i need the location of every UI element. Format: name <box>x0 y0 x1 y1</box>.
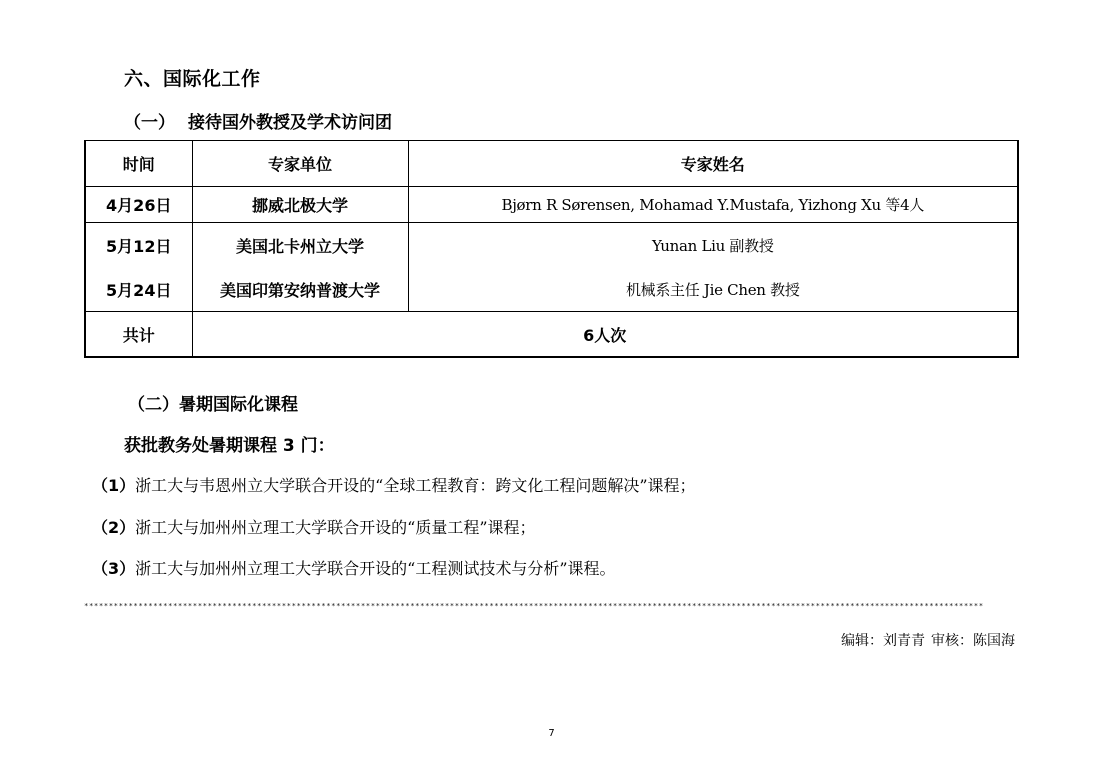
total-label: 共计 <box>85 312 192 358</box>
visits-subtitle-text: 接待国外教授及学术访问团 <box>188 113 392 133</box>
course-index: （3） <box>92 559 135 578</box>
course-index: （2） <box>92 518 135 537</box>
course-text: 浙工大与加州州立理工大学联合开设的“工程测试技术与分析”课程。 <box>135 559 615 578</box>
header-experts: 专家姓名 <box>408 141 1018 187</box>
table-row: 5月12日 美国北卡州立大学 Yunan Liu 副教授 <box>85 223 1018 268</box>
credits: 编辑：刘青青审核：陈国海 <box>841 630 1015 650</box>
header-institution: 专家单位 <box>192 141 408 187</box>
table-row: 5月24日 美国印第安纳普渡大学 机械系主任 Jie Chen 教授 <box>85 267 1018 312</box>
visit-institution: 美国印第安纳普渡大学 <box>192 267 408 312</box>
visit-experts: Yunan Liu 副教授 <box>408 223 1018 268</box>
visit-institution: 美国北卡州立大学 <box>192 223 408 268</box>
table-row: 4月26日 挪威北极大学 Bjørn R Sørensen, Mohamad Y… <box>85 187 1018 223</box>
editor-credit: 编辑：刘青青 <box>841 633 925 649</box>
summer-subtitle: （二）暑期国际化课程 <box>128 390 298 415</box>
visit-experts: 机械系主任 Jie Chen 教授 <box>408 267 1018 312</box>
visits-table: 时间 专家单位 专家姓名 4月26日 挪威北极大学 Bjørn R Sørens… <box>84 140 1019 358</box>
asterisk-separator: ****************************************… <box>84 600 1016 612</box>
course-text: 浙工大与韦恩州立大学联合开设的“全球工程教育：跨文化工程问题解决”课程； <box>135 476 695 495</box>
approved-courses-heading: 获批教务处暑期课程 3 门： <box>124 431 335 456</box>
header-date: 时间 <box>85 141 192 187</box>
section-title: 六、国际化工作 <box>124 64 261 91</box>
course-item: （1）浙工大与韦恩州立大学联合开设的“全球工程教育：跨文化工程问题解决”课程； <box>92 473 696 496</box>
course-text: 浙工大与加州州立理工大学联合开设的“质量工程”课程； <box>135 518 535 537</box>
visit-date: 5月12日 <box>85 223 192 268</box>
course-item: （2）浙工大与加州州立理工大学联合开设的“质量工程”课程； <box>92 515 536 538</box>
table-total-row: 共计 6人次 <box>85 312 1018 358</box>
course-index: （1） <box>92 476 135 495</box>
table-header-row: 时间 专家单位 专家姓名 <box>85 141 1018 187</box>
reviewer-credit: 审核：陈国海 <box>931 633 1015 649</box>
visit-date: 4月26日 <box>85 187 192 223</box>
visits-subtitle-number: （一） <box>124 108 188 133</box>
total-value: 6人次 <box>192 312 1018 358</box>
course-item: （3）浙工大与加州州立理工大学联合开设的“工程测试技术与分析”课程。 <box>92 556 616 579</box>
visit-date: 5月24日 <box>85 267 192 312</box>
visits-subtitle: （一）接待国外教授及学术访问团 <box>124 108 392 133</box>
visit-experts: Bjørn R Sørensen, Mohamad Y.Mustafa, Yiz… <box>408 187 1018 223</box>
visit-institution: 挪威北极大学 <box>192 187 408 223</box>
page-number: 7 <box>0 728 1103 739</box>
